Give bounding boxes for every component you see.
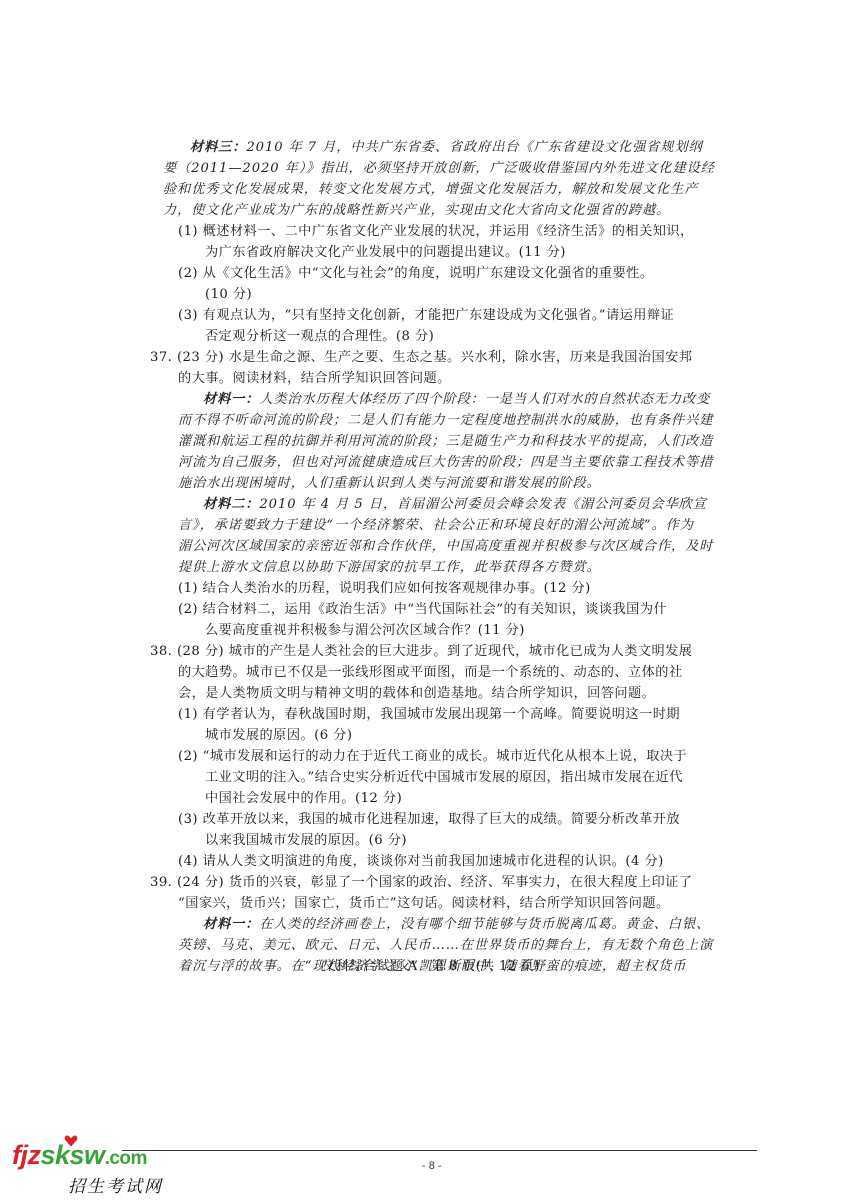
exam-page: 材料三：2010 年 7 月，中共广东省委、省政府出台《广东省建设文化强省规划纲… — [0, 0, 850, 1203]
line-text: 么要高度重视并积极参与湄公河次区域合作？(11 分) — [205, 623, 525, 638]
line-text: 2010 年 7 月，中共广东省委、省政府出台《广东省建设文化强省规划纲 — [246, 140, 702, 155]
line-text: 施治水出现困境时，人们重新认识到人类与河流要和谐发展的阶段。 — [178, 476, 601, 491]
line-text: 人类治水历程大体经历了四个阶段：一是当人们对水的自然状态无力改变 — [259, 392, 710, 407]
line-text: 言》，承诺要致力于建设“一个经济繁荣、社会公正和环境良好的湄公河流域”。作为 — [178, 518, 694, 533]
text-line: 言》，承诺要致力于建设“一个经济繁荣、社会公正和环境良好的湄公河流域”。作为 — [178, 518, 694, 534]
line-text: 要（2011—2020 年）》指出，必须坚持开放创新，广泛吸收借鉴国内外先进文化… — [163, 161, 715, 176]
line-text: 37. (23 分) 水是生命之源、生产之要、生态之基。兴水利，除水害，历来是我… — [150, 350, 692, 365]
line-text: 以来我国城市发展的原因。(6 分) — [205, 833, 407, 848]
line-text: 的大趋势。城市已不仅是一张线形图或平面图，而是一个系统的、动态的、立体的社 — [178, 665, 683, 680]
line-text: (10 分) — [205, 287, 252, 302]
line-text: 2010 年 4 月 5 日，首届湄公河委员会峰会发表《湄公河委员会华欣宣 — [259, 497, 706, 512]
text-line: 以来我国城市发展的原因。(6 分) — [205, 833, 407, 849]
text-line: (4) 请从人类文明演进的角度，谈谈你对当前我国加速城市化进程的认识。(4 分) — [178, 854, 664, 870]
text-line: (1) 结合人类治水的历程，说明我们应如何按客观规律办事。(12 分) — [178, 581, 591, 597]
logo-text: fjzsksw.com — [12, 1140, 147, 1171]
line-text: (3) 有观点认为，“只有坚持文化创新，才能把广东建设成为文化强省。”请运用辩证 — [178, 308, 674, 323]
line-text: 工业文明的注入。”结合史实分析近代中国城市发展的原因，指出城市发展在近代 — [205, 770, 683, 785]
text-line: (1) 概述材料一、二中广东省文化产业发展的状况，并运用《经济生活》的相关知识， — [178, 224, 694, 240]
text-line: (2) 结合材料二，运用《政治生活》中“当代国际社会”的有关知识，谈谈我国为什 — [178, 602, 667, 618]
text-line: 施治水出现困境时，人们重新认识到人类与河流要和谐发展的阶段。 — [178, 476, 601, 492]
line-text: 湄公河次区域国家的亲密近邻和合作伙伴，中国高度重视并积极参与次区域合作，及时 — [178, 539, 713, 554]
text-line: (3) 有观点认为，“只有坚持文化创新，才能把广东建设成为文化强省。”请运用辩证 — [178, 308, 674, 324]
text-line: 材料一：人类治水历程大体经历了四个阶段：一是当人们对水的自然状态无力改变 — [203, 392, 710, 408]
material-label: 材料一： — [203, 917, 259, 932]
line-text: (4) 请从人类文明演进的角度，谈谈你对当前我国加速城市化进程的认识。(4 分) — [178, 854, 664, 869]
text-line: 材料三：2010 年 7 月，中共广东省委、省政府出台《广东省建设文化强省规划纲 — [190, 140, 703, 156]
text-line: (2) “城市发展和运行的动力在于近代工商业的成长。城市近代化从根本上说，取决于 — [178, 749, 687, 765]
text-line: “国家兴，货币兴；国家亡，货币亡”这句话。阅读材料，结合所学知识回答问题。 — [178, 896, 670, 912]
text-line: 的大事。阅读材料，结合所学知识回答问题。 — [178, 371, 451, 387]
text-line: 么要高度重视并积极参与湄公河次区域合作？(11 分) — [205, 623, 525, 639]
line-text: 河流为自己服务，但也对河流健康造成巨大伤害的阶段；四是当主要依靠工程技术等措 — [178, 455, 713, 470]
material-label: 材料三： — [190, 140, 246, 155]
logo-chinese-text: 招生考试网 — [68, 1172, 163, 1197]
line-text: 城市发展的原因。(6 分) — [205, 728, 352, 743]
line-text: 39. (24 分) 货币的兴衰，彰显了一个国家的政治、经济、军事实力，在很大程… — [150, 875, 692, 890]
line-text: 38. (28 分) 城市的产生是人类社会的巨大进步。到了近现代，城市化已成为人… — [150, 644, 692, 659]
text-line: 城市发展的原因。(6 分) — [205, 728, 352, 744]
text-line: 否定观分析这一观点的合理性。(8 分) — [205, 329, 434, 345]
line-text: 而不得不听命河流的阶段；二是人们有能力一定程度地控制洪水的威胁，也有条件兴建 — [178, 413, 713, 428]
text-line: 提供上游水文信息以协助下游国家的抗旱工作，此举获得各方赞赏。 — [178, 560, 601, 576]
text-line: (3) 改革开放以来，我国的城市化进程加速，取得了巨大的成绩。简要分析改革开放 — [178, 812, 680, 828]
text-line: 39. (24 分) 货币的兴衰，彰显了一个国家的政治、经济、军事实力，在很大程… — [150, 875, 692, 891]
text-line: 英镑、马克、美元、欧元、日元、人民币……在世界货币的舞台上，有无数个角色上演 — [178, 938, 713, 954]
text-line: 38. (28 分) 城市的产生是人类社会的巨大进步。到了近现代，城市化已成为人… — [150, 644, 692, 660]
text-line: 为广东省政府解决文化产业发展中的问题提出建议。(11 分) — [205, 245, 566, 261]
line-text: 的大事。阅读材料，结合所学知识回答问题。 — [178, 371, 451, 386]
line-text: 英镑、马克、美元、欧元、日元、人民币……在世界货币的舞台上，有无数个角色上演 — [178, 938, 713, 953]
text-line: 验和优秀文化发展成果，转变文化发展方式，增强文化发展活力，解放和发展文化生产 — [163, 182, 698, 198]
text-line: (10 分) — [205, 287, 252, 303]
watermark-logo[interactable]: fjzsksw.com 招生考试网 — [8, 1138, 178, 1198]
text-line: 灌溉和航运工程的抗御并利用河流的阶段；三是随生产力和科技水平的提高，人们改造 — [178, 434, 713, 450]
logo-text-com: .com — [105, 1148, 147, 1169]
line-text: (2) 从《文化生活》中“文化与社会”的角度，说明广东建设文化强省的重要性。 — [178, 266, 653, 281]
line-text: (2) 结合材料二，运用《政治生活》中“当代国际社会”的有关知识，谈谈我国为什 — [178, 602, 667, 617]
text-line: 而不得不听命河流的阶段；二是人们有能力一定程度地控制洪水的威胁，也有条件兴建 — [178, 413, 713, 429]
page-number: - 8 - — [422, 1160, 442, 1172]
text-line: 中国社会发展中的作用。(12 分) — [205, 791, 402, 807]
text-line: 湄公河次区域国家的亲密近邻和合作伙伴，中国高度重视并积极参与次区域合作，及时 — [178, 539, 713, 555]
text-line: 工业文明的注入。”结合史实分析近代中国城市发展的原因，指出城市发展在近代 — [205, 770, 683, 786]
line-text: 中国社会发展中的作用。(12 分) — [205, 791, 402, 806]
text-line: (2) 从《文化生活》中“文化与社会”的角度，说明广东建设文化强省的重要性。 — [178, 266, 653, 282]
logo-text-red: fjz — [12, 1140, 41, 1170]
line-text: 力，使文化产业成为广东的战略性新兴产业，实现由文化大省向文化强省的跨越。 — [163, 203, 670, 218]
line-text: (1) 概述材料一、二中广东省文化产业发展的状况，并运用《经济生活》的相关知识， — [178, 224, 694, 239]
line-text: 否定观分析这一观点的合理性。(8 分) — [205, 329, 434, 344]
footer-divider — [122, 1150, 757, 1151]
line-text: 提供上游水文信息以协助下游国家的抗旱工作，此举获得各方赞赏。 — [178, 560, 601, 575]
line-text: “国家兴，货币兴；国家亡，货币亡”这句话。阅读材料，结合所学知识回答问题。 — [178, 896, 670, 911]
exam-footer-title: 文科综合试题 A 第 8 页(共 12 页) — [323, 955, 540, 974]
text-line: 会，是人类物质文明与精神文明的载体和创造基地。结合所学知识，回答问题。 — [178, 686, 655, 702]
text-line: 37. (23 分) 水是生命之源、生产之要、生态之基。兴水利，除水害，历来是我… — [150, 350, 692, 366]
line-text: 在人类的经济画卷上，没有哪个细节能够与货币脱离瓜葛。黄金、白银、 — [259, 917, 710, 932]
line-text: (1) 有学者认为，春秋战国时期，我国城市发展出现第一个高峰。简要说明这一时期 — [178, 707, 680, 722]
text-line: 材料一：在人类的经济画卷上，没有哪个细节能够与货币脱离瓜葛。黄金、白银、 — [203, 917, 710, 933]
line-text: (1) 结合人类治水的历程，说明我们应如何按客观规律办事。(12 分) — [178, 581, 591, 596]
line-text: 灌溉和航运工程的抗御并利用河流的阶段；三是随生产力和科技水平的提高，人们改造 — [178, 434, 713, 449]
text-line: 力，使文化产业成为广东的战略性新兴产业，实现由文化大省向文化强省的跨越。 — [163, 203, 670, 219]
text-line: (1) 有学者认为，春秋战国时期，我国城市发展出现第一个高峰。简要说明这一时期 — [178, 707, 680, 723]
line-text: 验和优秀文化发展成果，转变文化发展方式，增强文化发展活力，解放和发展文化生产 — [163, 182, 698, 197]
text-line: 要（2011—2020 年）》指出，必须坚持开放创新，广泛吸收借鉴国内外先进文化… — [163, 161, 715, 177]
material-label: 材料一： — [203, 392, 259, 407]
line-text: (2) “城市发展和运行的动力在于近代工商业的成长。城市近代化从根本上说，取决于 — [178, 749, 687, 764]
text-line: 的大趋势。城市已不仅是一张线形图或平面图，而是一个系统的、动态的、立体的社 — [178, 665, 683, 681]
line-text: 会，是人类物质文明与精神文明的载体和创造基地。结合所学知识，回答问题。 — [178, 686, 655, 701]
text-line: 河流为自己服务，但也对河流健康造成巨大伤害的阶段；四是当主要依靠工程技术等措 — [178, 455, 713, 471]
text-line: 材料二：2010 年 4 月 5 日，首届湄公河委员会峰会发表《湄公河委员会华欣… — [203, 497, 707, 513]
line-text: 为广东省政府解决文化产业发展中的问题提出建议。(11 分) — [205, 245, 566, 260]
line-text: (3) 改革开放以来，我国的城市化进程加速，取得了巨大的成绩。简要分析改革开放 — [178, 812, 680, 827]
material-label: 材料二： — [203, 497, 259, 512]
logo-text-green: sksw — [41, 1140, 105, 1170]
